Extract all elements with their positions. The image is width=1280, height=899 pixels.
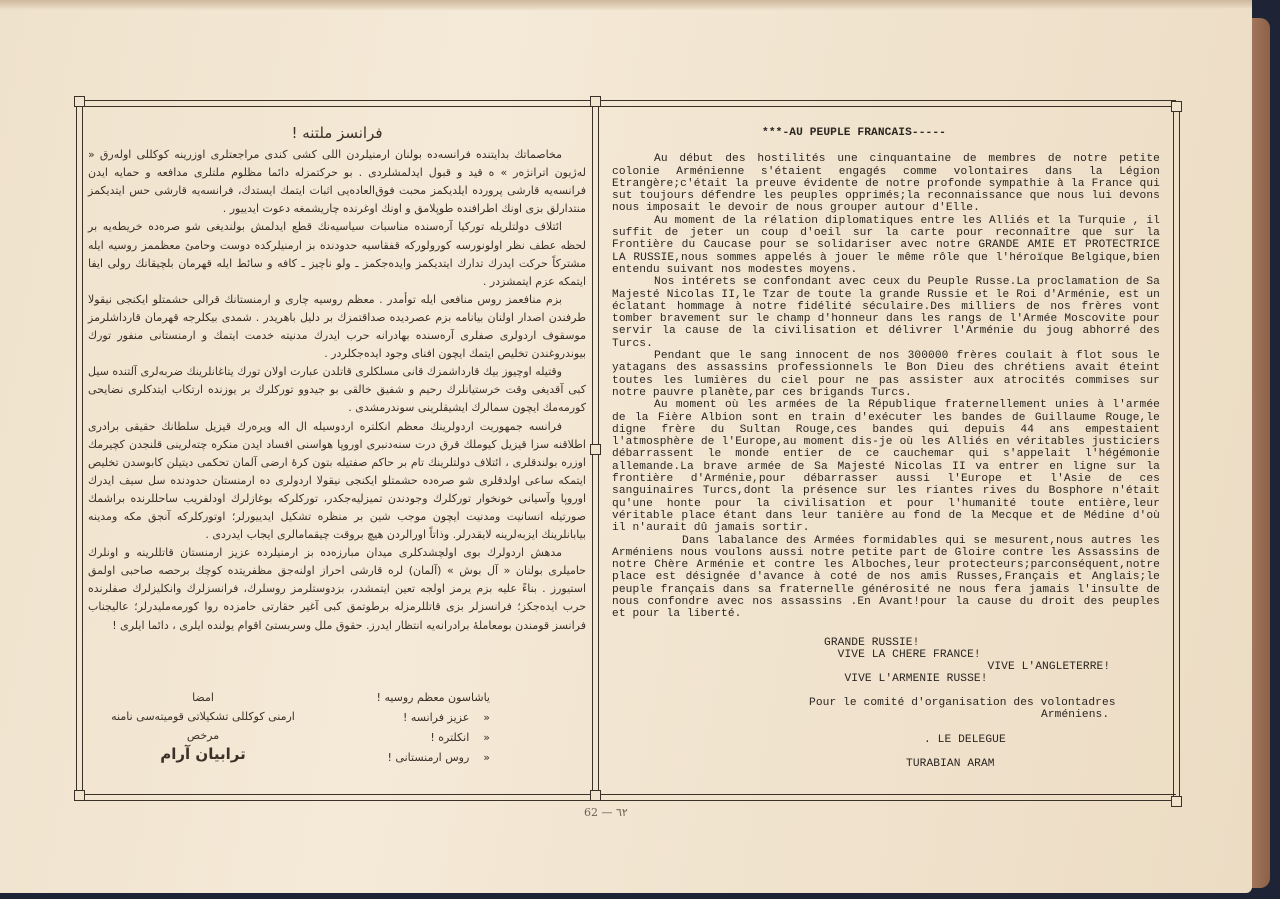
- ottoman-paragraph: فرانسه جمهوريت اردولرينك معظم انكلتره ار…: [88, 418, 586, 545]
- signature-name: ترابيان آرام: [108, 745, 298, 764]
- slogan-text: روس ارمنستانى !: [388, 751, 470, 764]
- frame-corner-ornament: [74, 96, 85, 107]
- french-paragraph: Au moment de la rélation diplomatiques e…: [612, 215, 1160, 276]
- frame-left-rule: [76, 107, 83, 793]
- page-number-arabic: ٦٢: [616, 806, 628, 819]
- ottoman-signature: امضا ارمنى كوكللى تشكيلاتى قوميته‌سى نام…: [108, 688, 298, 764]
- page-number-separator: —: [602, 806, 613, 819]
- ottoman-slogan: « روس ارمنستانى !: [290, 748, 490, 768]
- signature-role: مرخص: [108, 726, 298, 745]
- frame-top-rule: [82, 100, 1176, 107]
- french-slogan: VIVE L'ANGLETERRE!: [824, 661, 1160, 673]
- ottoman-slogan: ياشاسون معظم روسيه !: [290, 688, 490, 708]
- document-page: فرانسز ملتنه ! مخاصماتك بدايتنده فرانسه‌…: [0, 0, 1252, 893]
- french-slogan: VIVE L'ARMENIE RUSSE!: [824, 673, 1160, 685]
- ottoman-slogan: « عزيز فرانسه !: [290, 708, 490, 728]
- signature-label: امضا: [108, 688, 298, 707]
- ottoman-paragraph: مخاصماتك بدايتنده فرانسه‌ده بولنان ارمني…: [88, 146, 586, 218]
- ottoman-paragraph: وقتيله اوچيوز بيك قارداشمزك قانى مسلكلرى…: [88, 363, 586, 417]
- french-title: ***-AU PEUPLE FRANCAIS-----: [762, 127, 1160, 139]
- slogan-text: انكلتره !: [430, 731, 469, 744]
- ditto-mark: «: [483, 711, 490, 724]
- french-paragraph: Pendant que le sang innocent de nos 3000…: [612, 350, 1160, 399]
- page-number-latin: 62: [584, 806, 598, 819]
- signature-committee-line: Arméniens.: [809, 709, 1139, 721]
- ottoman-text-column: فرانسز ملتنه ! مخاصماتك بدايتنده فرانسه‌…: [88, 124, 586, 635]
- signature-role: . LE DELEGUE: [809, 734, 1139, 746]
- french-slogan: VIVE LA CHERE FRANCE!: [824, 649, 1160, 661]
- french-paragraph: Au moment où les armées de la République…: [612, 399, 1160, 534]
- ottoman-slogan: « انكلتره !: [290, 728, 490, 748]
- frame-right-rule: [1173, 112, 1180, 798]
- frame-corner-ornament: [590, 790, 601, 801]
- french-paragraph: Au début des hostilités une cinquantaine…: [612, 153, 1160, 214]
- frame-corner-ornament: [590, 444, 601, 455]
- frame-corner-ornament: [1171, 101, 1182, 112]
- ottoman-slogans: ياشاسون معظم روسيه ! « عزيز فرانسه ! « ا…: [290, 688, 490, 768]
- french-signature: Pour le comité d'organisation des volont…: [809, 697, 1139, 770]
- frame-corner-ornament: [1171, 796, 1182, 807]
- ottoman-paragraph: مدهش اردولرك بوى اولچشدكلرى ميدان مبارزه…: [88, 544, 586, 634]
- frame-bottom-rule: [82, 794, 1176, 801]
- french-slogan: GRANDE RUSSIE!: [824, 637, 1160, 649]
- ottoman-paragraph: ائتلاف دولتلريله توركيا آره‌سنده مناسبات…: [88, 218, 586, 290]
- ditto-mark: «: [483, 731, 490, 744]
- slogan-text: عزيز فرانسه !: [403, 711, 469, 724]
- french-slogans: GRANDE RUSSIE! VIVE LA CHERE FRANCE! VIV…: [824, 637, 1160, 686]
- ditto-mark: «: [483, 751, 490, 764]
- signature-name: TURABIAN ARAM: [809, 758, 1139, 770]
- signature-committee: ارمنى كوكللى تشكيلاتى قوميته‌سى نامنه: [108, 707, 298, 726]
- ottoman-title: فرانسز ملتنه !: [88, 124, 586, 142]
- french-paragraph: Dans labalance des Armées formidables qu…: [612, 535, 1160, 621]
- ottoman-paragraph: بزم منافعمز روس منافعى ايله توأمدر . معظ…: [88, 291, 586, 363]
- page-number: 62 — ٦٢: [584, 806, 628, 819]
- french-text-column: ***-AU PEUPLE FRANCAIS----- Au début des…: [612, 127, 1160, 686]
- frame-corner-ornament: [74, 790, 85, 801]
- frame-corner-ornament: [590, 96, 601, 107]
- french-paragraph: Nos intérets se confondant avec ceux du …: [612, 276, 1160, 350]
- signature-committee-line: Pour le comité d'organisation des volont…: [809, 697, 1139, 709]
